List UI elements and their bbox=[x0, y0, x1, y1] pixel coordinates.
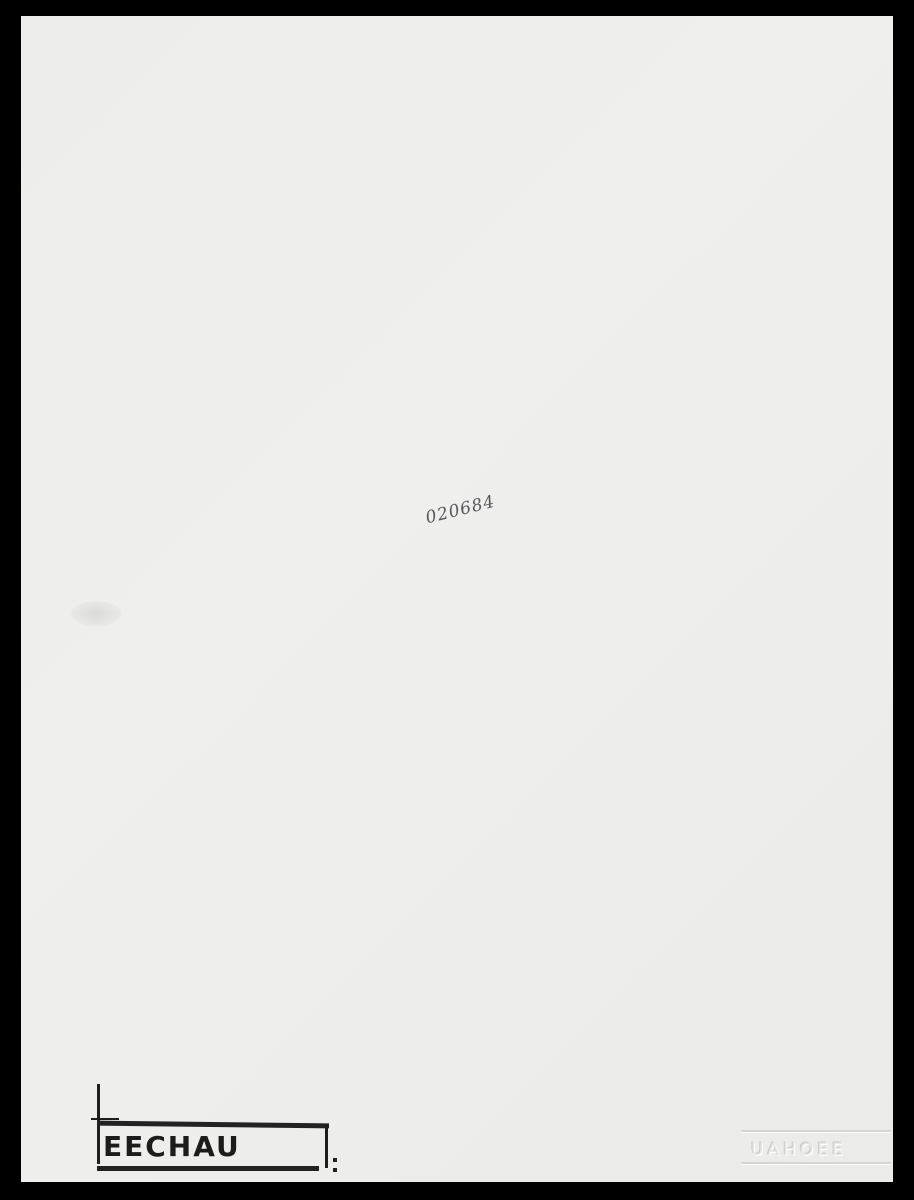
stamp-right-rule bbox=[325, 1124, 328, 1168]
stamp-top-rule bbox=[97, 1121, 329, 1129]
emboss-top-rule bbox=[741, 1130, 891, 1132]
photographer-stamp: EECHAU bbox=[91, 1084, 336, 1179]
handwritten-archive-number: 020684 bbox=[424, 492, 498, 529]
stamp-text: EECHAU bbox=[103, 1132, 241, 1162]
stamp-bottom-rule bbox=[97, 1166, 319, 1171]
blind-emboss-stamp: UAHOEE bbox=[737, 1126, 897, 1166]
stamp-colon-dots bbox=[333, 1158, 337, 1174]
emboss-bottom-rule bbox=[741, 1162, 891, 1164]
emboss-text: UAHOEE bbox=[751, 1140, 847, 1160]
faint-smudge bbox=[71, 601, 121, 626]
photo-print-back: 020684 EECHAU UAHOEE bbox=[21, 16, 893, 1182]
